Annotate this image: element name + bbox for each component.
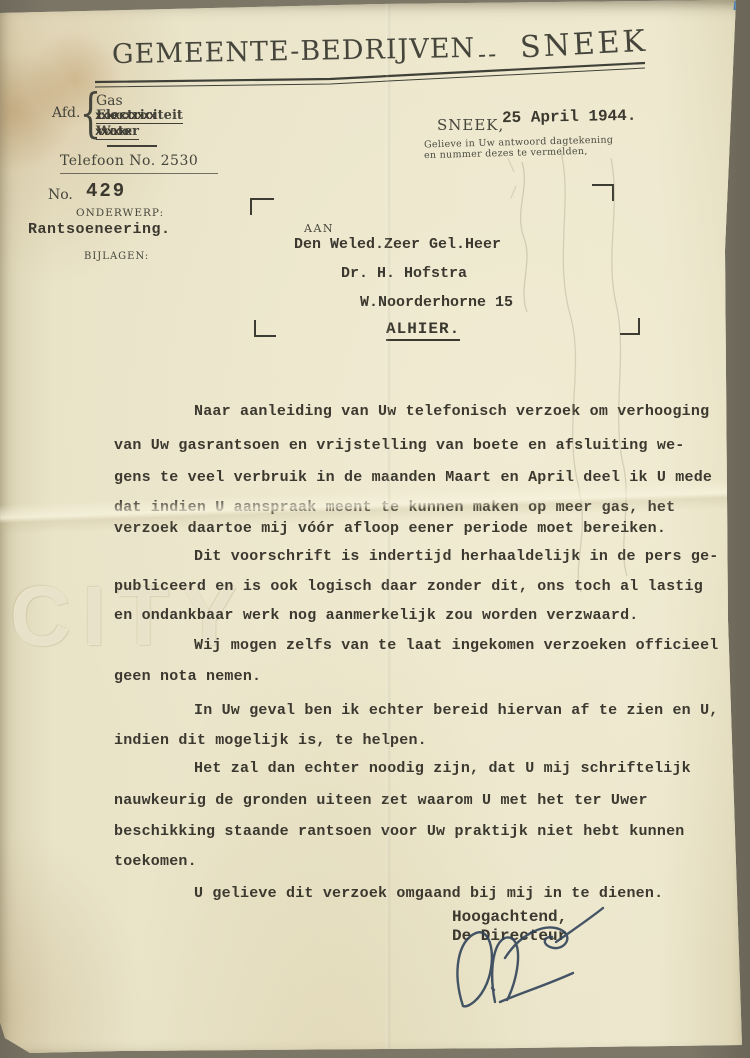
body-line: In Uw geval ben ik echter bereid hiervan… xyxy=(114,701,750,721)
no-label: No. xyxy=(48,187,73,203)
letter-number: 429 xyxy=(86,180,126,202)
body-line: Dit voorschrift is indertijd herhaaldeli… xyxy=(114,547,750,567)
strike-overtype: xxxxxxxxxx xyxy=(95,109,182,123)
afd-label: Afd. xyxy=(52,105,80,121)
address-corner-top-right-icon xyxy=(592,184,614,201)
body-line: gens te veel verbruik in de maanden Maar… xyxy=(114,468,724,488)
strike-overtype: xxxxxx xyxy=(95,125,131,139)
place-label: SNEEK, xyxy=(437,116,504,134)
body-line: Naar aanleiding van Uw telefonisch verzo… xyxy=(114,402,750,422)
telefoon-line: Telefoon No. 2530 xyxy=(60,153,198,169)
closing-salutation: Hoogachtend, xyxy=(452,908,567,926)
department-electriciteit: Electriciteit xxxxxxxxxx xyxy=(96,108,183,124)
address-corner-bottom-right-icon xyxy=(620,318,640,335)
letter-paper: CITY GEMEENTE-BEDRIJVEN -- SNEEK Afd. { … xyxy=(0,0,750,1058)
address-city-line: ALHIER. xyxy=(386,320,460,341)
company-name: GEMEENTE-BEDRIJVEN xyxy=(112,33,476,70)
body-line: U gelieve dit verzoek omgaand bij mij in… xyxy=(114,884,750,904)
aan-label: AAN xyxy=(304,222,334,235)
scanned-letter-page: { "letterhead": { "company": "GEMEENTE-B… xyxy=(0,0,750,1058)
body-line: geen nota nemen. xyxy=(114,667,724,687)
telefoon-underline xyxy=(60,173,218,174)
blue-edge-mark xyxy=(733,1,737,10)
body-line: verzoek daartoe mij vóór afloop eener pe… xyxy=(114,519,724,539)
body-line: van Uw gasrantsoen en vrijstelling van b… xyxy=(114,436,724,456)
department-water: Water xxxxxx xyxy=(96,124,139,140)
divider-rule xyxy=(107,145,157,147)
body-line: Wij mogen zelfs van te laat ingekomen ve… xyxy=(114,636,750,656)
letterhead-city: SNEEK xyxy=(519,24,649,66)
letterhead-dashes: -- xyxy=(478,40,499,69)
address-line: Dr. H. Hofstra xyxy=(341,265,467,282)
body-line: en ondankbaar werk nog aanmerkelijk zou … xyxy=(114,606,724,626)
address-line: Den Weled.Zeer Gel.Heer xyxy=(294,236,501,253)
bijlagen-label: BIJLAGEN: xyxy=(84,251,149,262)
onderwerp-value: Rantsoeneering. xyxy=(28,221,171,238)
address-corner-top-left-icon xyxy=(250,198,274,215)
address-line: W.Noorderhorne 15 xyxy=(360,294,513,311)
closing-title: De Directeur xyxy=(452,927,567,945)
body-line: publiceerd en is ook logisch daar zonder… xyxy=(114,577,724,597)
department-gas: Gas xyxy=(96,93,123,109)
onderwerp-label: ONDERWERP: xyxy=(76,207,164,219)
body-line: beschikking staande rantsoen voor Uw pra… xyxy=(114,822,724,842)
body-line: Het zal dan echter noodig zijn, dat U mi… xyxy=(114,759,750,779)
body-line: nauwkeurig de gronden uiteen zet waarom … xyxy=(114,791,724,811)
body-line: toekomen. xyxy=(114,852,724,872)
body-line: dat indien U aanspraak meent te kunnen m… xyxy=(114,498,724,518)
date-value: 25 April 1944. xyxy=(502,107,637,127)
address-corner-bottom-left-icon xyxy=(254,320,276,337)
body-line: indien dit mogelijk is, te helpen. xyxy=(114,731,724,751)
